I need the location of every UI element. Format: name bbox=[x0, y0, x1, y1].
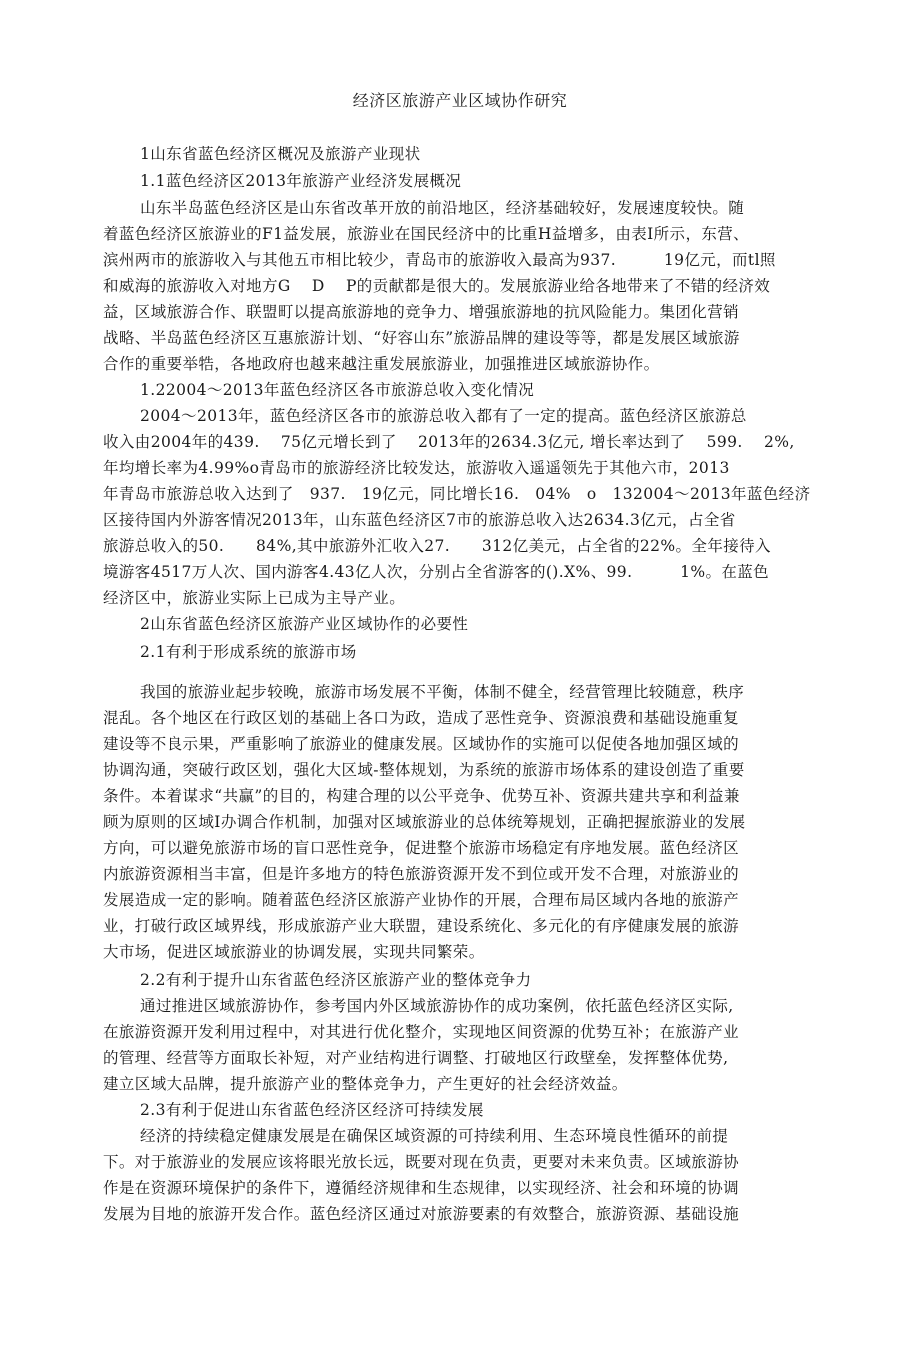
text-line: 年青岛市旅游总收入达到了 937. 19亿元，同比增长16. 04% o 132… bbox=[103, 483, 820, 505]
text-line: 1山东省蓝色经济区概况及旅游产业现状 bbox=[140, 143, 857, 165]
text-line: 建设等不良示果，严重影响了旅游业的健康发展。区域协作的实施可以促使各地加强区域的 bbox=[103, 733, 820, 755]
text-line: 方向，可以避免旅游市场的盲口恶性竞争，促进整个旅游市场稳定有序地发展。蓝色经济区 bbox=[103, 837, 820, 859]
text-line: 着蓝色经济区旅游业的F1益发展，旅游业在国民经济中的比重H益增多，由表I所示，东… bbox=[103, 223, 820, 245]
text-line: 经济区中，旅游业实际上已成为主导产业。 bbox=[103, 587, 820, 609]
text-line: 2.2有利于提升山东省蓝色经济区旅游产业的整体竞争力 bbox=[140, 969, 857, 991]
text-line: 2004～2013年，蓝色经济区各市的旅游总收入都有了一定的提高。蓝色经济区旅游… bbox=[140, 405, 857, 427]
text-line: 区接待国内外游客情况2013年，山东蓝色经济区7市的旅游总收入达2634.3亿元… bbox=[103, 509, 820, 531]
text-line: 1.22004～2013年蓝色经济区各市旅游总收入变化情况 bbox=[140, 379, 857, 401]
text-line: 和威海的旅游收入对地方G D P的贡献都是很大的。发展旅游业给各地带来了不错的经… bbox=[103, 275, 820, 297]
text-line: 2.3有利于促进山东省蓝色经济区经济可持续发展 bbox=[140, 1099, 857, 1121]
text-line: 通过推进区域旅游协作，参考国内外区域旅游协作的成功案例，依托蓝色经济区实际, bbox=[140, 995, 857, 1017]
text-line: 1.1蓝色经济区2013年旅游产业经济发展概况 bbox=[140, 170, 857, 192]
text-line: 2山东省蓝色经济区旅游产业区域协作的必要性 bbox=[140, 613, 857, 635]
text-line: 收入由2004年的439. 75亿元增长到了 2013年的2634.3亿元, 增… bbox=[103, 431, 820, 453]
text-line: 境游客4517万人次、国内游客4.43亿人次，分别占全省游客的().X%、99.… bbox=[103, 561, 820, 583]
text-line: 滨州两市的旅游收入与其他五市相比较少，青岛市的旅游收入最高为937. 19亿元，… bbox=[103, 249, 820, 271]
text-line: 下。对于旅游业的发展应该将眼光放长远，既要对现在负责，更要对未来负责。区域旅游协 bbox=[103, 1151, 820, 1173]
text-line: 混乱。各个地区在行政区划的基础上各口为政，造成了恶性竞争、资源浪费和基础设施重复 bbox=[103, 707, 820, 729]
text-line: 协调沟通，突破行政区划，强化大区域-整体规划，为系统的旅游市场体系的建设创造了重… bbox=[103, 759, 820, 781]
text-line: 作是在资源环境保护的条件下，遵循经济规律和生态规律，以实现经济、社会和环境的协调 bbox=[103, 1177, 820, 1199]
text-line: 年均增长率为4.99%o青岛市的旅游经济比较发达，旅游收入遥遥领先于其他六市，2… bbox=[103, 457, 820, 479]
text-line: 经济的持续稳定健康发展是在确保区域资源的可持续利用、生态环境良性循环的前提 bbox=[140, 1125, 857, 1147]
text-line: 旅游总收入的50. 84%,其中旅游外汇收入27. 312亿美元，占全省的22%… bbox=[103, 535, 820, 557]
text-line: 内旅游资源相当丰富，但是许多地方的特色旅游资源开发不到位或开发不合理，对旅游业的 bbox=[103, 863, 820, 885]
text-line: 顾为原则的区域I办调合作机制，加强对区域旅游业的总体统筹规划，正确把握旅游业的发… bbox=[103, 811, 820, 833]
text-line: 山东半岛蓝色经济区是山东省改革开放的前沿地区，经济基础较好，发展速度较快。随 bbox=[140, 197, 857, 219]
text-line: 大市场，促进区域旅游业的协调发展，实现共同繁荣。 bbox=[103, 941, 820, 963]
text-line: 条件。本着谋求“共赢”的目的，构建合理的以公平竞争、优势互补、资源共建共享和利益… bbox=[103, 785, 820, 807]
document-title: 经济区旅游产业区域协作研究 bbox=[0, 88, 920, 111]
text-line: 发展造成一定的影响。随着蓝色经济区旅游产业协作的开展，合理布局区域内各地的旅游产 bbox=[103, 889, 820, 911]
text-line: 合作的重要举牿，各地政府也越来越注重发展旅游业，加强推进区域旅游协作。 bbox=[103, 353, 820, 375]
text-line: 在旅游资源开发利用过程中，对其进行优化整介，实现地区间资源的优势互补；在旅游产业 bbox=[103, 1021, 820, 1043]
text-line: 业，打破行政区域界线，形成旅游产业大联盟，建设系统化、多元化的有序健康发展的旅游 bbox=[103, 915, 820, 937]
text-line: 我国的旅游业起步较晚，旅游市场发展不平衡，体制不健全，经营管理比较随意，秩序 bbox=[140, 681, 857, 703]
text-line: 益，区域旅游合作、联盟町以提高旅游地的竞争力、增强旅游地的抗风险能力。集团化营销 bbox=[103, 301, 820, 323]
text-line: 的管理、经营等方面取长补短，对产业结构进行调整、打破地区行政壁垒，发挥整体优势, bbox=[103, 1047, 820, 1069]
text-line: 发展为目地的旅游开发合作。蓝色经济区通过对旅游要素的有效整合，旅游资源、基础设施 bbox=[103, 1203, 820, 1225]
document-page: 经济区旅游产业区域协作研究 1山东省蓝色经济区概况及旅游产业现状1.1蓝色经济区… bbox=[0, 0, 920, 1361]
text-line: 战略、半岛蓝色经济区互惠旅游计划、“好容山东”旅游品牌的建设等等，都是发展区域旅… bbox=[103, 327, 820, 349]
text-line: 2.1有利于形成系统的旅游市场 bbox=[140, 641, 857, 663]
text-line: 建立区域大品牌，提升旅游产业的整体竞争力，产生更好的社会经济效益。 bbox=[103, 1073, 820, 1095]
